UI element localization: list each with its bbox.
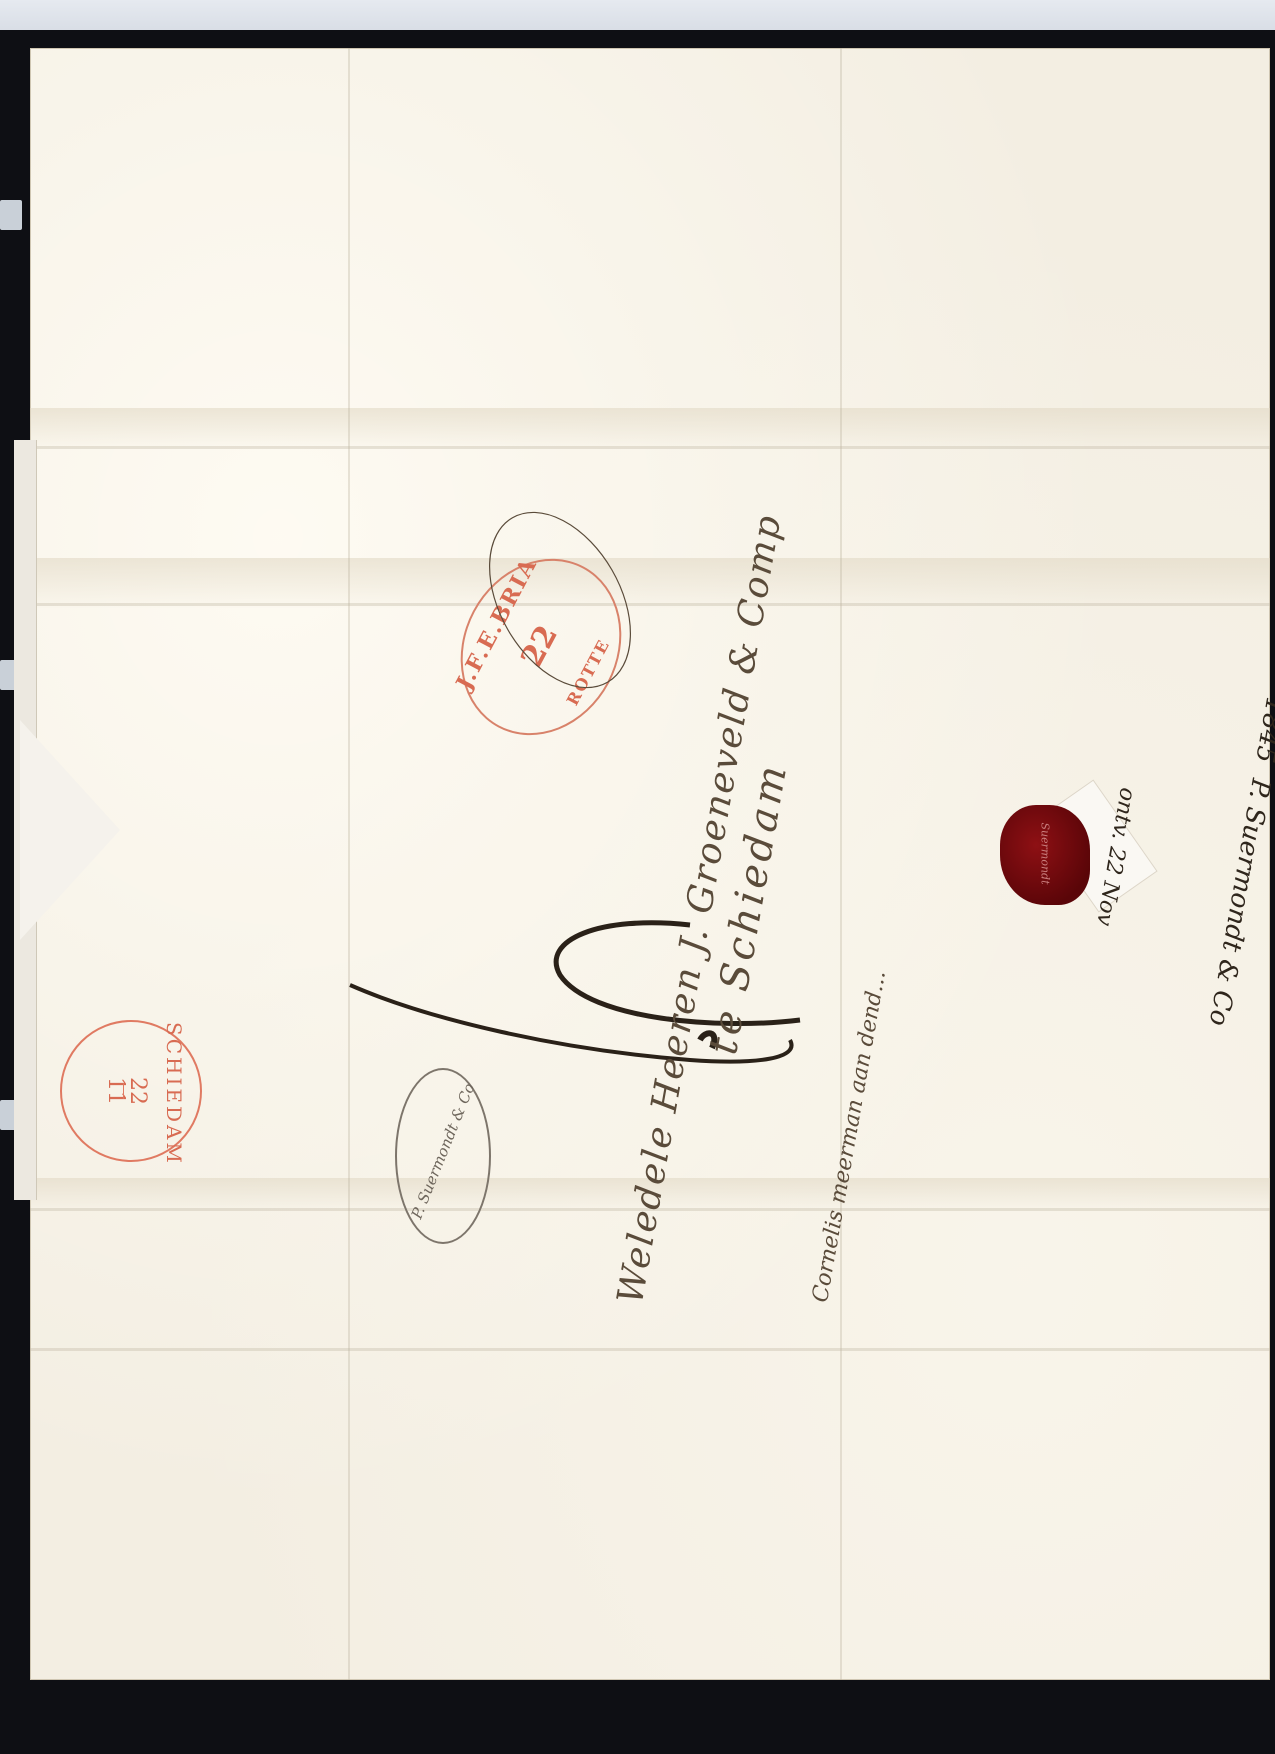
wax-seal: Suermondt xyxy=(1000,805,1090,905)
